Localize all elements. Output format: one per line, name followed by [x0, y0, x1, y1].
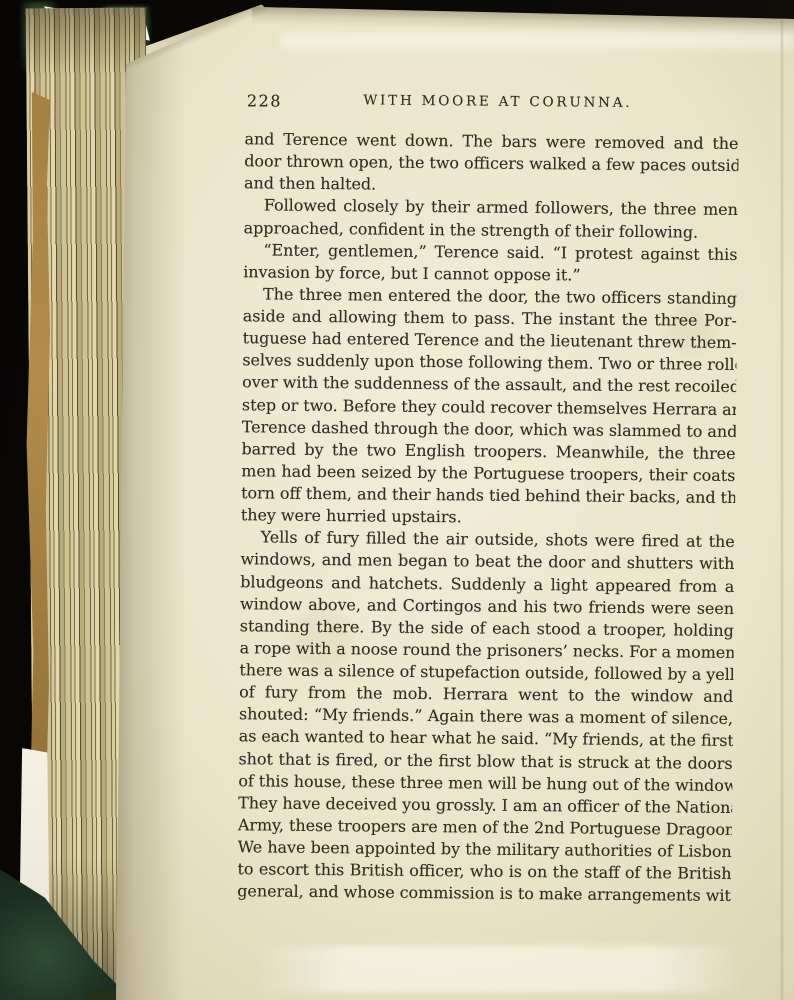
- running-title: WITH MOORE AT CORUNNA.: [245, 91, 739, 112]
- page-number: 228: [247, 91, 282, 110]
- scanned-book-photo: 228 WITH MOORE AT CORUNNA. and Terence w…: [0, 0, 794, 1000]
- text-line: general, and whose commission is to make…: [237, 880, 731, 907]
- text-body: and Terence went down. The bars were rem…: [237, 128, 738, 907]
- page-gutter-shadow: [116, 0, 186, 1000]
- page-header: 228 WITH MOORE AT CORUNNA.: [245, 91, 739, 116]
- scan-glare-bottom: [255, 946, 745, 992]
- scan-glare-top: [280, 26, 794, 56]
- page-content: 228 WITH MOORE AT CORUNNA. and Terence w…: [237, 87, 739, 884]
- page-crease-line: [781, 20, 783, 1000]
